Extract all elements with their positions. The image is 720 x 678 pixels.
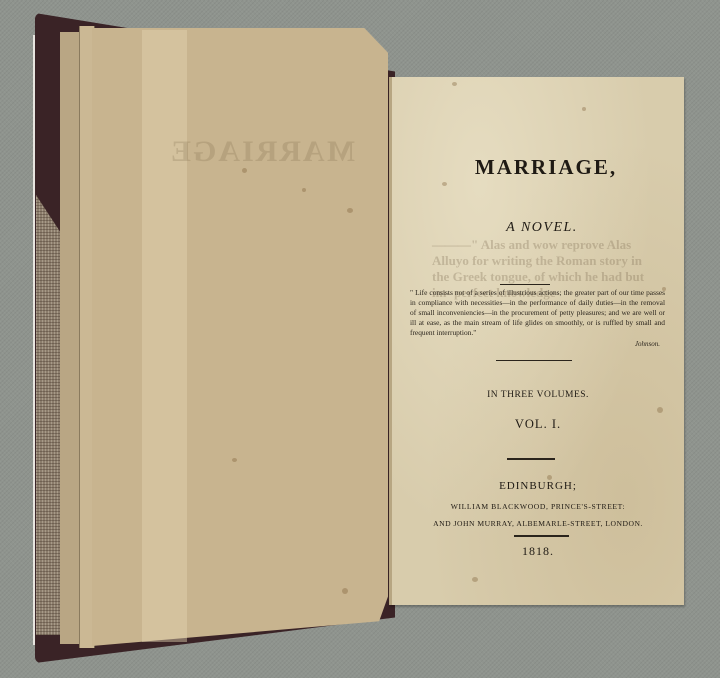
divider-rule	[500, 284, 550, 285]
volume-number: VOL. I.	[392, 417, 684, 432]
mirrored-ghost-title: MARRIAGE	[175, 135, 355, 175]
publication-city: EDINBURGH;	[392, 480, 684, 492]
publication-year: 1818.	[392, 544, 684, 559]
divider-rule	[514, 535, 569, 537]
volumes-line: IN THREE VOLUMES.	[392, 390, 684, 400]
epigraph-attribution: Johnson.	[635, 340, 660, 348]
faded-strip	[142, 30, 187, 642]
left-blank-page	[92, 28, 388, 646]
divider-rule	[507, 458, 555, 460]
cloth-spine-panel	[36, 195, 62, 635]
publisher-line-1: WILLIAM BLACKWOOD, PRINCE'S-STREET:	[392, 502, 684, 511]
book-subtitle: A NOVEL.	[392, 220, 688, 236]
book-title: MARRIAGE,	[392, 155, 692, 180]
title-page: ———" Alas and wow reprove Alas Alluyo fo…	[389, 77, 684, 605]
epigraph-quote: " Life consists not of a series of illus…	[410, 288, 665, 338]
spine-edge	[33, 35, 35, 645]
divider-rule	[496, 360, 572, 361]
publisher-line-2: AND JOHN MURRAY, ALBEMARLE-STREET, LONDO…	[392, 519, 684, 528]
